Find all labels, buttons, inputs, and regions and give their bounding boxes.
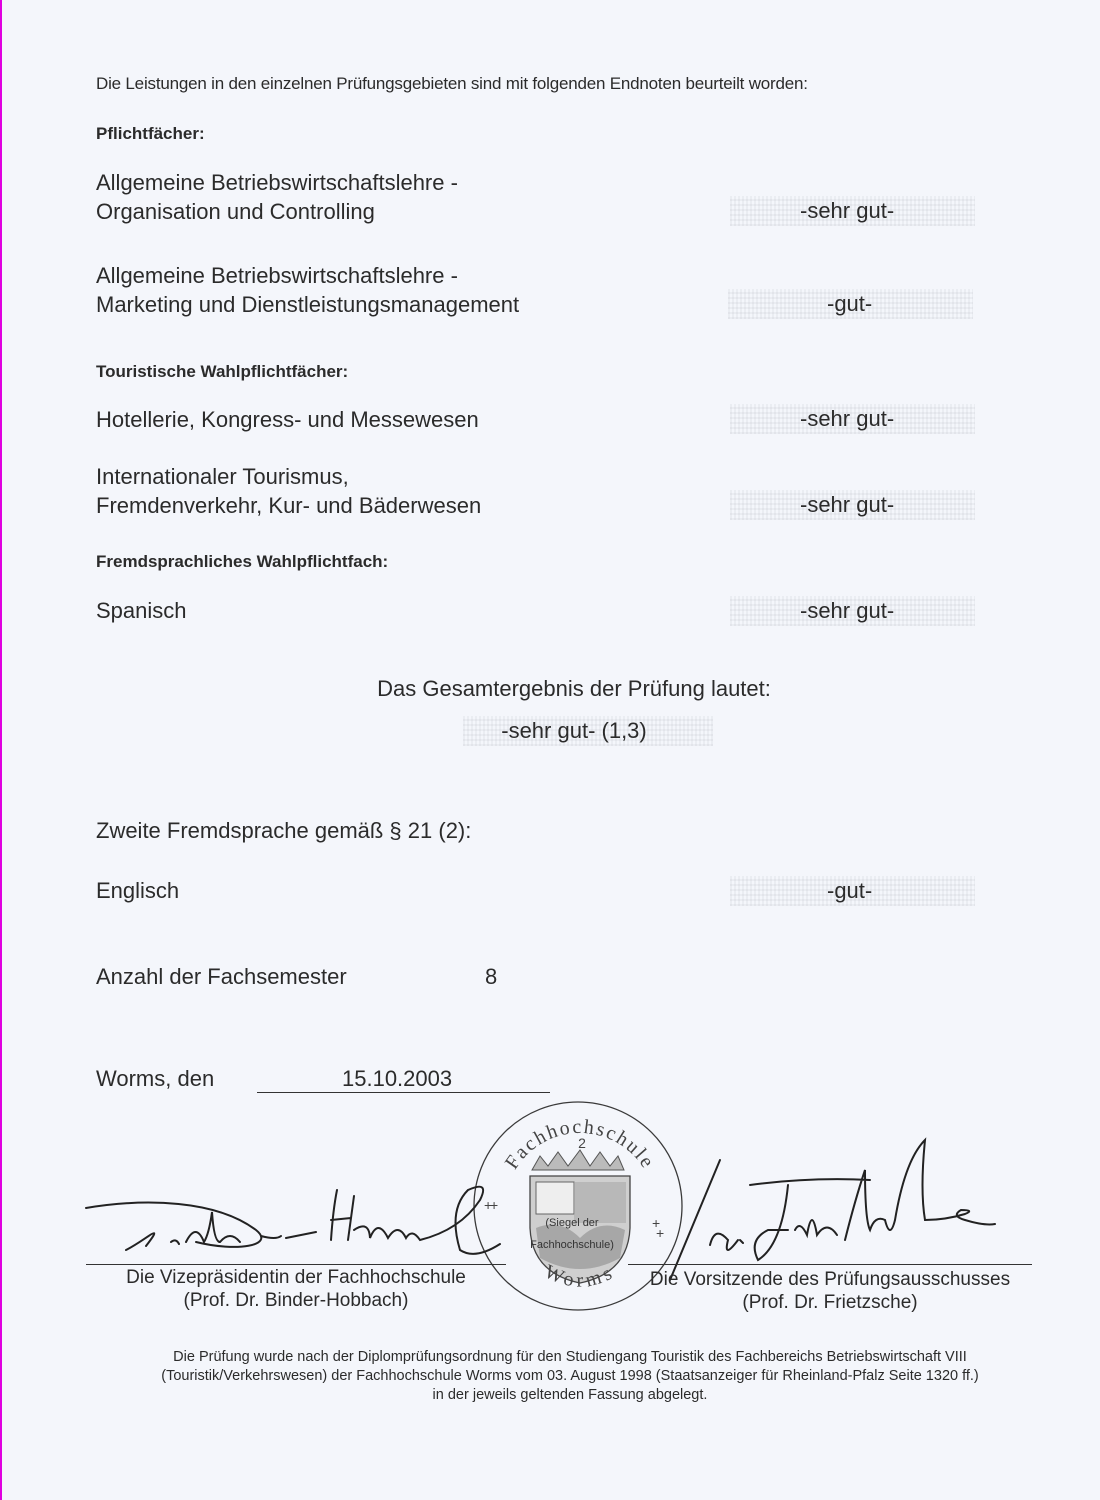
second-language-subject: Englisch xyxy=(96,876,179,905)
subject-line: Internationaler Tourismus, xyxy=(96,462,481,491)
section-heading-pflichtfaecher: Pflichtfächer: xyxy=(96,124,205,144)
semesters-value: 8 xyxy=(485,962,497,991)
signature-line-right xyxy=(628,1264,1032,1265)
svg-text:(Siegel der: (Siegel der xyxy=(545,1217,599,1229)
subject-spanisch: Spanisch xyxy=(96,596,187,625)
signature-binder-hobbach-icon: + xyxy=(86,1180,506,1270)
place-label: Worms, den xyxy=(96,1064,214,1093)
subject-line: Spanisch xyxy=(96,596,187,625)
subject-line: Allgemeine Betriebswirtschaftslehre - xyxy=(96,168,458,197)
date-value: 15.10.2003 xyxy=(342,1064,452,1093)
overall-label: Das Gesamtergebnis der Prüfung lautet: xyxy=(24,674,1100,703)
subject-line: Allgemeine Betriebswirtschaftslehre - xyxy=(96,261,519,290)
subject-line: Marketing und Dienstleistungsmanagement xyxy=(96,290,519,319)
grade: -sehr gut- xyxy=(800,598,894,624)
footer-line: in der jeweils geltenden Fassung abgeleg… xyxy=(90,1386,1050,1405)
legal-footer: Die Prüfung wurde nach der Diplomprüfung… xyxy=(90,1348,1050,1405)
intro-text: Die Leistungen in den einzelnen Prüfungs… xyxy=(96,74,808,94)
signatory-name: (Prof. Dr. Binder-Hobbach) xyxy=(86,1289,506,1312)
subject-line: Fremdenverkehr, Kur- und Bäderwesen xyxy=(96,491,481,520)
svg-text:+: + xyxy=(484,1197,492,1213)
subject-abwl-marketing: Allgemeine Betriebswirtschaftslehre - Ma… xyxy=(96,261,519,319)
signatory-name: (Prof. Dr. Frietzsche) xyxy=(628,1291,1032,1314)
subject-line: Organisation und Controlling xyxy=(96,197,458,226)
grade: -gut- xyxy=(827,878,872,904)
signatory-left: Die Vizepräsidentin der Fachhochschule (… xyxy=(86,1266,506,1312)
subject-internationaler-tourismus: Internationaler Tourismus, Fremdenverkeh… xyxy=(96,462,481,520)
date-underline xyxy=(257,1092,550,1093)
overall-result: -sehr gut- (1,3) xyxy=(24,716,1100,745)
second-language-label: Zweite Fremdsprache gemäß § 21 (2): xyxy=(96,816,471,845)
svg-text:+: + xyxy=(652,1215,660,1231)
section-heading-touristische: Touristische Wahlpflichtfächer: xyxy=(96,362,348,382)
subject-line: Hotellerie, Kongress- und Messewesen xyxy=(96,405,479,434)
signatory-role: Die Vizepräsidentin der Fachhochschule xyxy=(86,1266,506,1289)
signatory-role: Die Vorsitzende des Prüfungsausschusses xyxy=(628,1268,1032,1291)
grade: -sehr gut- xyxy=(800,492,894,518)
section-heading-fremdsprachliches: Fremdsprachliches Wahlpflichtfach: xyxy=(96,552,388,572)
semesters-label: Anzahl der Fachsemester xyxy=(96,962,347,991)
signature-line-left xyxy=(86,1264,506,1265)
footer-line: (Touristik/Verkehrswesen) der Fachhochsc… xyxy=(90,1367,1050,1386)
grade: -sehr gut- xyxy=(800,406,894,432)
scan-edge xyxy=(0,0,2,1500)
subject-hotellerie: Hotellerie, Kongress- und Messewesen xyxy=(96,405,479,434)
footer-line: Die Prüfung wurde nach der Diplomprüfung… xyxy=(90,1348,1050,1367)
subject-abwl-organisation: Allgemeine Betriebswirtschaftslehre - Or… xyxy=(96,168,458,226)
svg-text:Fachhochschule): Fachhochschule) xyxy=(530,1239,614,1251)
svg-text:2: 2 xyxy=(578,1135,586,1151)
grade: -sehr gut- xyxy=(800,198,894,224)
grade: -gut- xyxy=(827,291,872,317)
signatory-right: Die Vorsitzende des Prüfungsausschusses … xyxy=(628,1268,1032,1314)
